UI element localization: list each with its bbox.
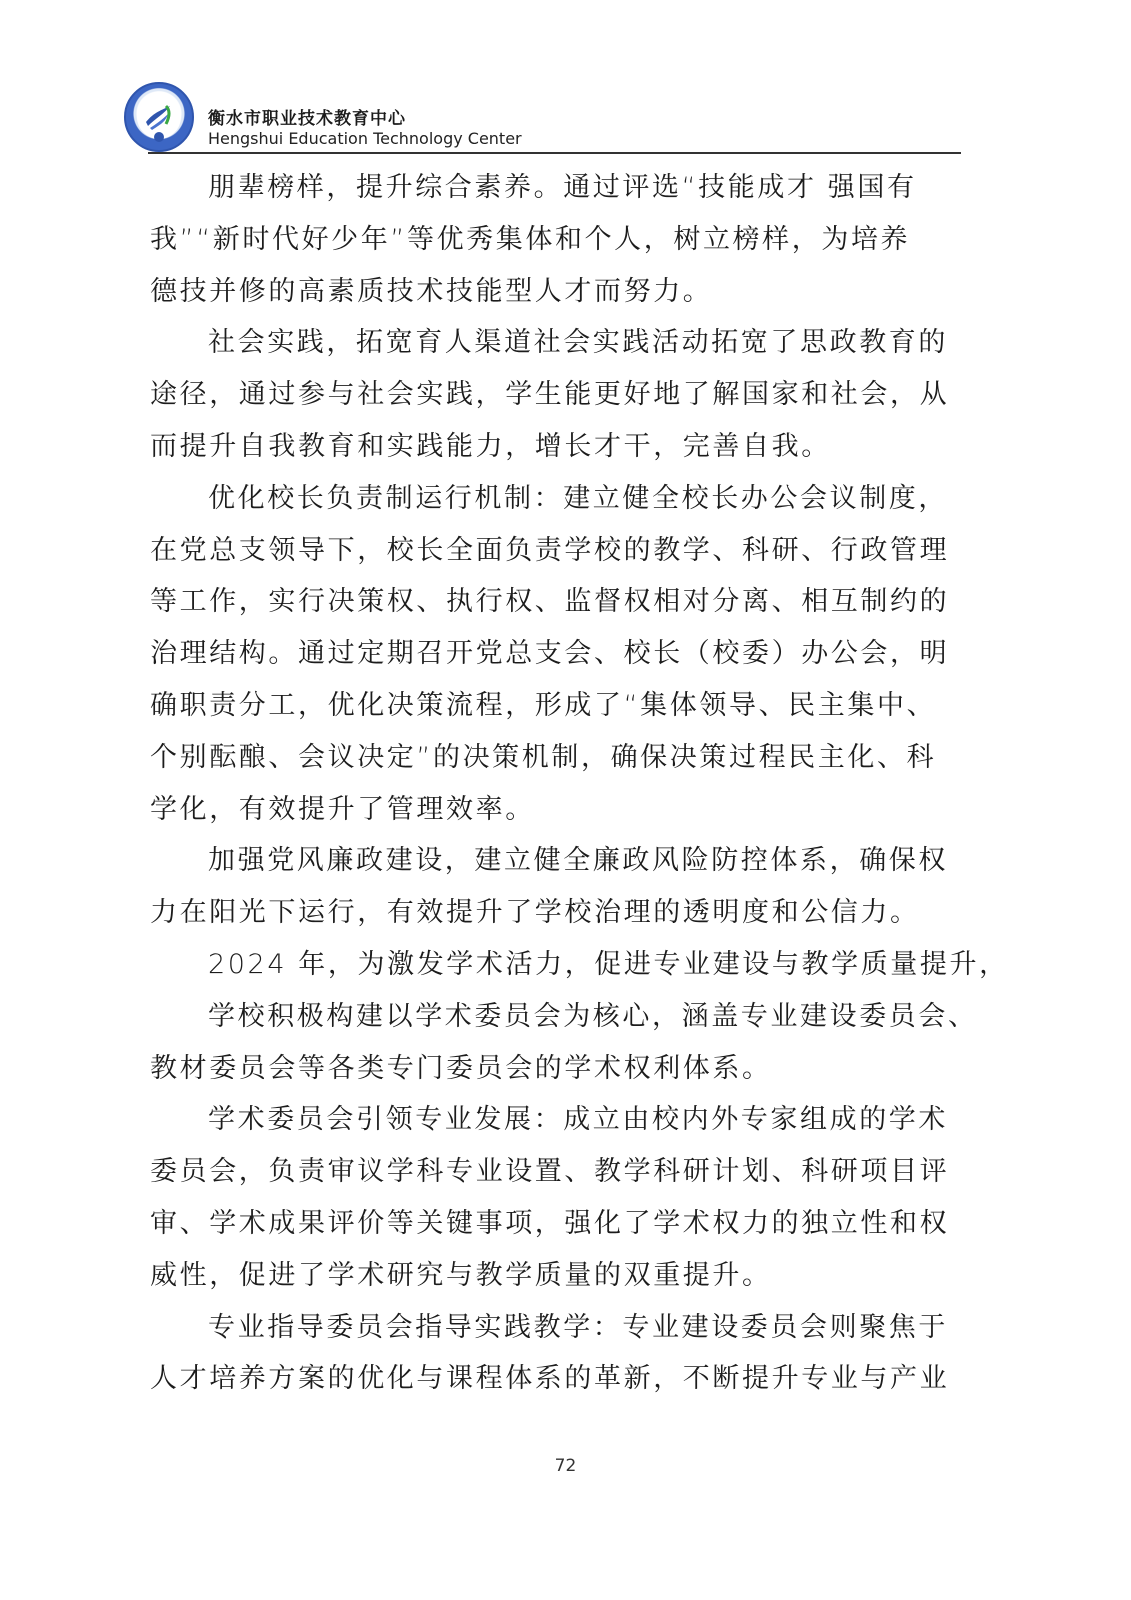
paragraph-line: 学术委员会引领专业发展：成立由校内外专家组成的学术 (150, 1094, 962, 1146)
paragraph-line: 社会实践，拓宽育人渠道社会实践活动拓宽了思政教育的 (150, 317, 962, 369)
paragraph-line: 途径，通过参与社会实践，学生能更好地了解国家和社会，从 (150, 369, 962, 421)
paragraph-line: 学化，有效提升了管理效率。 (150, 784, 962, 836)
paragraph-line: 德技并修的高素质技术技能型人才而努力。 (150, 266, 962, 318)
paragraph-line: 力在阳光下运行，有效提升了学校治理的透明度和公信力。 (150, 887, 962, 939)
paragraph-line: 朋辈榜样，提升综合素养。通过评选“技能成才 强国有 (150, 162, 962, 214)
page-number: 72 (0, 1456, 1131, 1476)
paragraph-line: 威性，促进了学术研究与教学质量的双重提升。 (150, 1250, 962, 1302)
paragraph-line: 治理结构。通过定期召开党总支会、校长（校委）办公会，明 (150, 628, 962, 680)
org-name-english: Hengshui Education Technology Center (208, 129, 522, 148)
paragraph-line: 在党总支领导下，校长全面负责学校的教学、科研、行政管理 (150, 525, 962, 577)
header-divider (148, 152, 961, 154)
paragraph-line: 审、学术成果评价等关键事项，强化了学术权力的独立性和权 (150, 1198, 962, 1250)
paragraph-line: 而提升自我教育和实践能力，增长才干，完善自我。 (150, 421, 962, 473)
paragraph-line: 委员会，负责审议学科专业设置、教学科研计划、科研项目评 (150, 1146, 962, 1198)
paragraph-line: 教材委员会等各类专门委员会的学术权利体系。 (150, 1043, 962, 1095)
paragraph-line: 学校积极构建以学术委员会为核心，涵盖专业建设委员会、 (150, 991, 962, 1043)
paragraph-line: 优化校长负责制运行机制：建立健全校长办公会议制度， (150, 473, 962, 525)
org-name-chinese: 衡水市职业技术教育中心 (208, 104, 406, 129)
paragraph-line: 加强党风廉政建设，建立健全廉政风险防控体系，确保权 (150, 835, 962, 887)
paragraph-line: 2024 年，为激发学术活力，促进专业建设与教学质量提升， (150, 939, 962, 991)
document-body: 朋辈榜样，提升综合素养。通过评选“技能成才 强国有 我”“新时代好少年”等优秀集… (150, 162, 962, 1405)
school-emblem-icon (124, 82, 194, 152)
paragraph-line: 个别酝酿、会议决定”的决策机制，确保决策过程民主化、科 (150, 732, 962, 784)
paragraph-line: 确职责分工，优化决策流程，形成了“集体领导、民主集中、 (150, 680, 962, 732)
paragraph-line: 专业指导委员会指导实践教学：专业建设委员会则聚焦于 (150, 1302, 962, 1354)
paragraph-line: 我”“新时代好少年”等优秀集体和个人，树立榜样，为培养 (150, 214, 962, 266)
paragraph-line: 等工作，实行决策权、执行权、监督权相对分离、相互制约的 (150, 576, 962, 628)
page-header: 衡水市职业技术教育中心 Hengshui Education Technolog… (124, 82, 964, 156)
paragraph-line: 人才培养方案的优化与课程体系的革新，不断提升专业与产业 (150, 1353, 962, 1405)
